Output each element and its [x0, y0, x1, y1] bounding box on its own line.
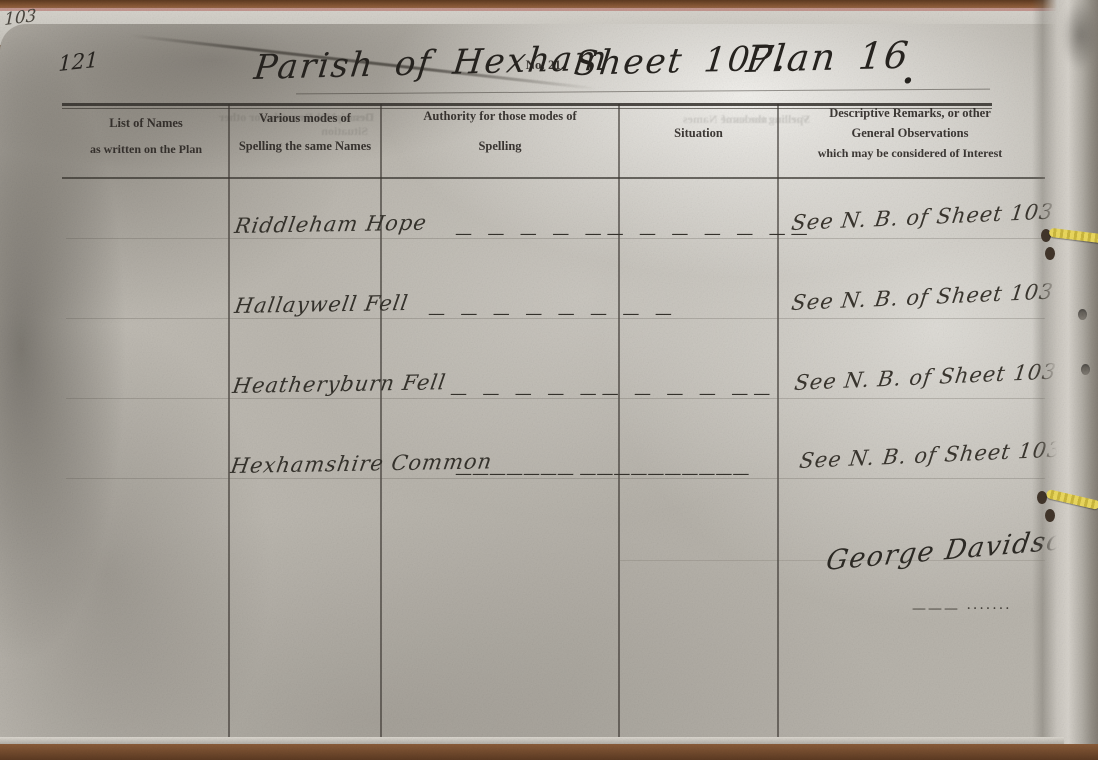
row-name: Hallaywell Fell: [233, 291, 410, 318]
header-bottom-rule: [62, 177, 1045, 179]
col-header-spelling-line1: Various modes of: [230, 111, 380, 126]
binding-knot: [1045, 509, 1055, 522]
sheet-no-label: No. 21.: [520, 57, 570, 73]
binding-hole: [1078, 309, 1087, 320]
plan-title: Plan 16: [744, 34, 912, 81]
spine-smudge: [1062, 0, 1098, 70]
col-header-authority-line1: Authority for those modes of: [382, 109, 618, 124]
row-dash-line: ——————— ——————————: [455, 464, 795, 484]
col-header-remarks-line3: which may be considered of Interest: [778, 146, 1042, 161]
row-dash-line: — — — — — — — —: [428, 304, 798, 324]
col-header-remarks-line1: Descriptive Remarks, or other: [778, 106, 1042, 121]
col-header-spelling-line2: Spelling the same Names: [230, 139, 380, 154]
title-end-mark: .: [902, 52, 914, 92]
col-header-names-line2: as written on the Plan: [64, 142, 228, 157]
ghost-line: Situation: [321, 124, 368, 139]
column-divider: [777, 104, 779, 737]
row-name: Riddleham Hope: [233, 211, 429, 238]
col-header-situation: Situation: [620, 126, 777, 141]
binding-knot: [1037, 491, 1047, 504]
desk-wood-bottom: [0, 744, 1098, 760]
book-spine: [1032, 0, 1098, 760]
column-divider: [380, 104, 382, 737]
col-header-names-line1: List of Names: [64, 116, 228, 131]
binding-hole: [1081, 364, 1090, 375]
binding-knot: [1045, 247, 1055, 260]
page-bottom-edge: [0, 737, 1064, 744]
col-header-remarks-line2: General Observations: [778, 126, 1042, 141]
col-header-authority-line2: Spelling: [382, 139, 618, 154]
page-number: 121: [58, 48, 99, 76]
column-divider: [618, 104, 620, 737]
row-name: Heatheryburn Fell: [231, 370, 448, 398]
corner-number: 103: [4, 6, 37, 30]
signature-flourish: ——— ·······: [912, 601, 1012, 617]
column-divider: [228, 104, 230, 737]
scanned-document: 103 121 Parish of Hexham No. 21. Sheet 1…: [0, 0, 1098, 760]
